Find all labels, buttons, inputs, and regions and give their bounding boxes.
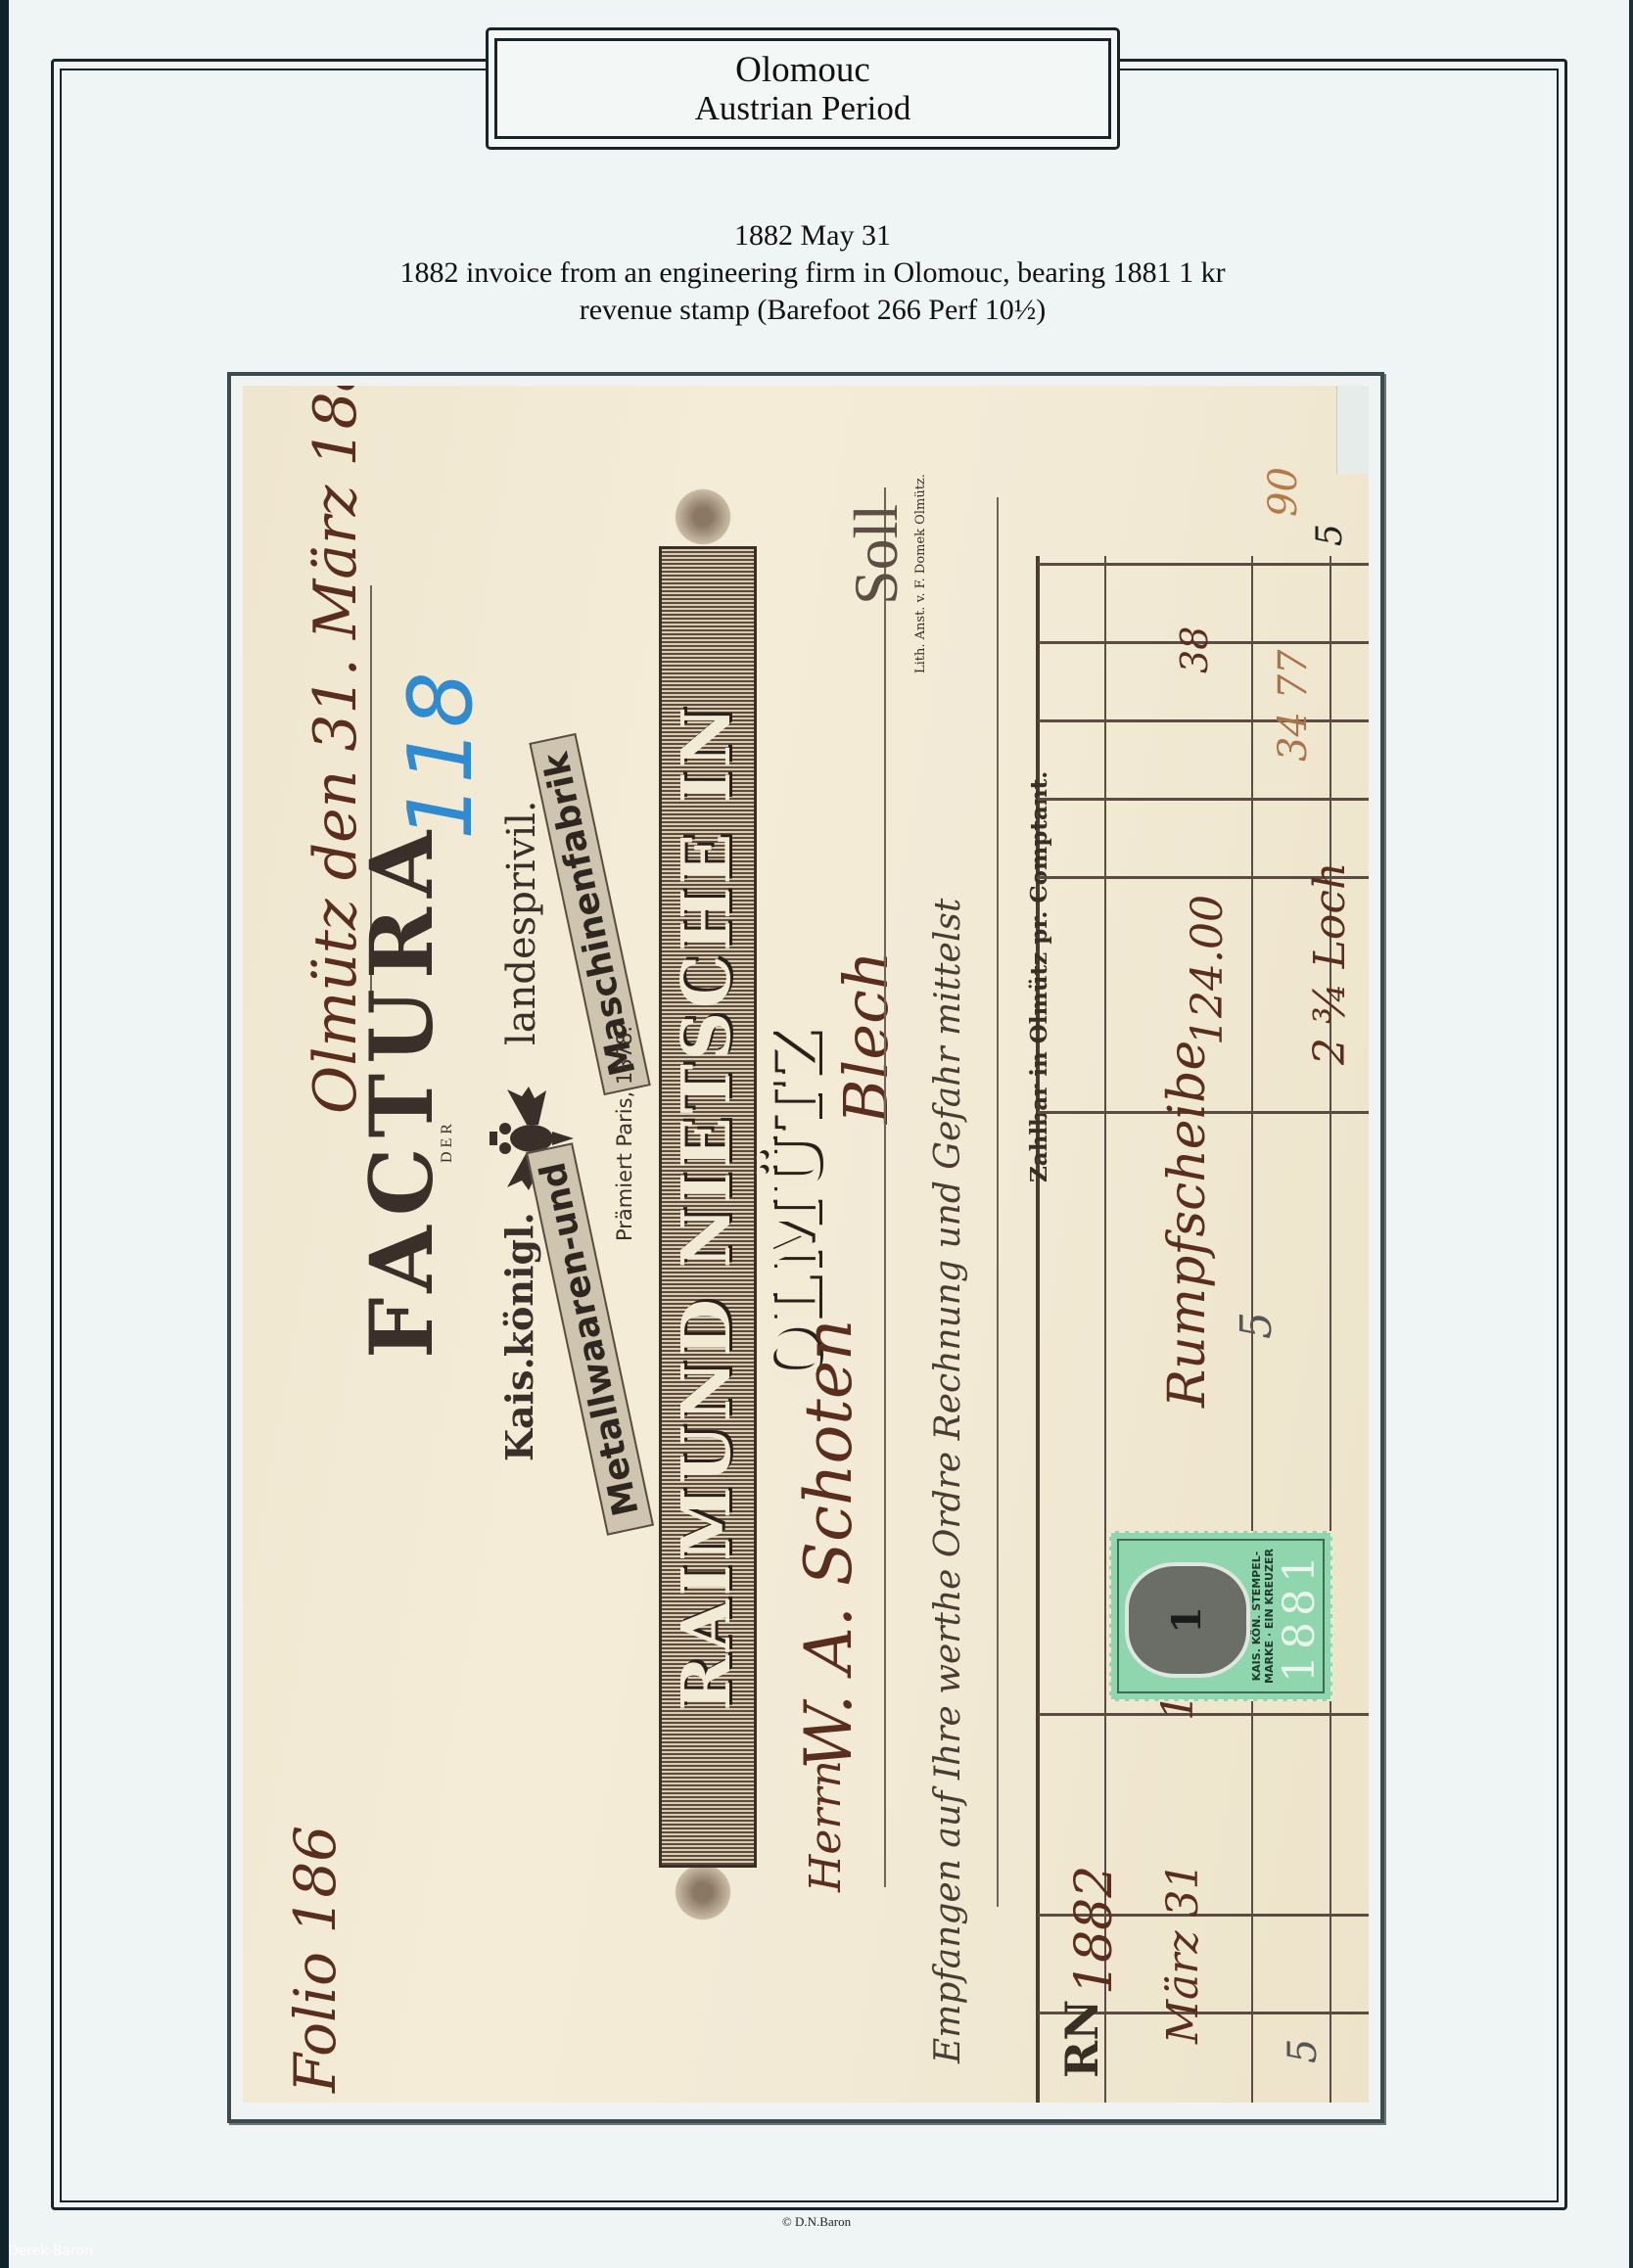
ledger-year: 1882: [1065, 1866, 1124, 1995]
ledger-amount-1: 124.00: [1183, 895, 1233, 1045]
title-box: Olomouc Austrian Period: [486, 27, 1120, 150]
stamp-year: 1881: [1275, 1543, 1325, 1689]
received-rule: [997, 497, 999, 1907]
scroll-ornament-left: [674, 1858, 732, 1926]
ledger-column-label: RN: [1055, 2000, 1108, 2078]
ledger-month-day: März 31: [1158, 1863, 1208, 2044]
ledger-rate: 2 ¾ Loch: [1305, 862, 1355, 1065]
factura-heading: FACTURA: [350, 821, 452, 1359]
kk-label: Kais.königl.: [497, 1212, 541, 1461]
ledger-amount-2: 38: [1173, 626, 1216, 673]
payment-terms: Zahlbar in Olmütz pr. Comptant.: [1026, 771, 1052, 1182]
item-caption: 1882 May 31 1882 invoice from an enginee…: [117, 217, 1508, 329]
scan-edge-right: [1629, 0, 1633, 2268]
ledger-item: Rumpfscheibe: [1158, 1041, 1217, 1408]
blue-pencil-number: 118: [390, 671, 492, 840]
herrn-label: Herrn: [801, 1760, 851, 1892]
ledger-col-line: [1038, 798, 1369, 801]
received-text: Empfangen auf Ihre werthe Ordre Rechnung…: [928, 899, 968, 2063]
caption-line-2: revenue stamp (Barefoot 266 Perf 10½): [117, 292, 1508, 329]
stamp-value: 1: [1164, 1566, 1210, 1674]
page-title: Olomouc: [497, 51, 1108, 90]
scroll-ornament-right: [674, 483, 732, 551]
ledger-mark: 5: [1281, 2039, 1326, 2063]
ledger-tally: 5: [1232, 1312, 1282, 1339]
firm-banner: RAIMUND NIETSCHE IN OLMÜTZ: [659, 546, 757, 1868]
stamp-medallion: 1: [1125, 1562, 1250, 1678]
page-subtitle: Austrian Period: [497, 90, 1108, 127]
ledger-col-line: [1038, 719, 1369, 722]
landespriv-label: landesprivil.: [499, 800, 544, 1045]
revenue-stamp: 1 KAIS. KÖN. STEMPEL-MARKE · EIN KREUZER…: [1109, 1531, 1332, 1701]
der-label: DER: [439, 1120, 456, 1163]
ledger-amount-3: 34 77: [1271, 649, 1316, 762]
folio-number: Folio 186: [282, 1826, 349, 2093]
recipient-name: W. A. Schoten: [791, 1319, 866, 1770]
recipient-rule: [884, 487, 886, 1887]
scan-edge-left: [0, 0, 9, 2268]
ledger-row-line: [1330, 556, 1331, 2103]
caption-date: 1882 May 31: [117, 217, 1508, 255]
watermark: Derek Baron: [8, 2244, 93, 2259]
stamp-legend: KAIS. KÖN. STEMPEL-MARKE · EIN KREUZER: [1250, 1543, 1276, 1689]
invoice-rotated-content: Folio 186 Olmütz den 31. März 1882 118 F…: [243, 386, 1369, 2103]
soll-label: Soll: [840, 504, 912, 605]
document-mount: Folio 186 Olmütz den 31. März 1882 118 F…: [227, 372, 1384, 2123]
caption-line-1: 1882 invoice from an engineering firm in…: [117, 255, 1508, 292]
copyright-note: © D.N.Baron: [0, 2214, 1633, 2230]
ledger-amount-4: 90: [1261, 467, 1306, 517]
invoice-document: Folio 186 Olmütz den 31. März 1882 118 F…: [243, 386, 1369, 2103]
ledger-col-line: [1038, 1713, 1369, 1716]
ledger-col-line: [1038, 563, 1369, 566]
ledger-amount-5: 5: [1310, 524, 1350, 546]
award-label: Prämiert Paris, 1878.: [613, 1026, 636, 1241]
lithographer-credit: Lith. Anst. v. F. Domek Olmütz.: [913, 474, 928, 673]
recipient-place: Blech: [830, 950, 902, 1124]
